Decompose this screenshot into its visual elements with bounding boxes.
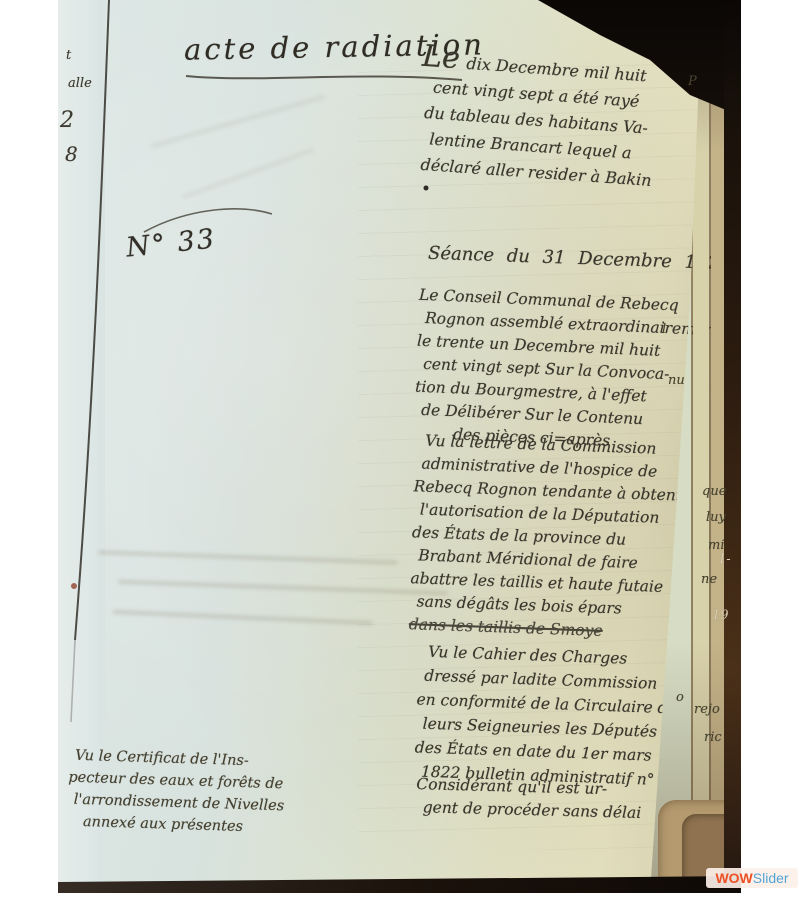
cut-text-fragment: que — [702, 484, 726, 499]
cut-text-fragment: rejo — [694, 702, 720, 717]
wowslider-watermark[interactable]: WOWSlider — [706, 868, 798, 888]
marginal-note: Vu le Certificat de l'Ins- pecteur des e… — [73, 745, 286, 840]
cut-text-fragment: alle — [68, 76, 92, 91]
cut-text-fragment: 8 — [65, 142, 78, 166]
cut-text-fragment: 2 — [60, 108, 74, 133]
cut-text-fragment: P — [688, 74, 697, 89]
cut-text-fragment: t — [66, 48, 71, 63]
paragraph-considerant: Considérant qu'il est ur- gent de procéd… — [415, 773, 642, 825]
cut-text-fragment: nu — [668, 373, 685, 388]
paragraph-radiation-entry: Le dix Decembre mil huit cent vingt sept… — [420, 48, 660, 194]
cut-text-fragment: luy — [706, 510, 726, 525]
cut-text-fragment: 19 — [712, 608, 729, 623]
watermark-brand-slider: Slider — [753, 868, 789, 888]
cut-text-fragment: l — [662, 322, 666, 337]
paragraph-hospice-letter: Vu la lettre de la Commission administra… — [408, 429, 690, 645]
cut-text-fragment: mi — [708, 538, 725, 553]
book-spine-shadow — [724, 0, 741, 893]
cut-text-fragment: 1- — [718, 552, 731, 567]
cut-text-fragment: ric — [704, 730, 722, 745]
flourish-initial: Le — [421, 44, 460, 73]
watermark-brand-wow: WOW — [715, 868, 752, 888]
photograph[interactable]: t alle 2 8 acte de radiation Le dix Dece… — [58, 0, 741, 893]
cut-text-fragment: o — [676, 690, 684, 705]
slider-viewport: { "document": { "title": "acte de radiat… — [0, 0, 800, 900]
cut-text-fragment: ne — [701, 572, 717, 587]
paragraph-cahier-charges: Vu le Cahier des Charges dressé par ladi… — [414, 639, 684, 792]
